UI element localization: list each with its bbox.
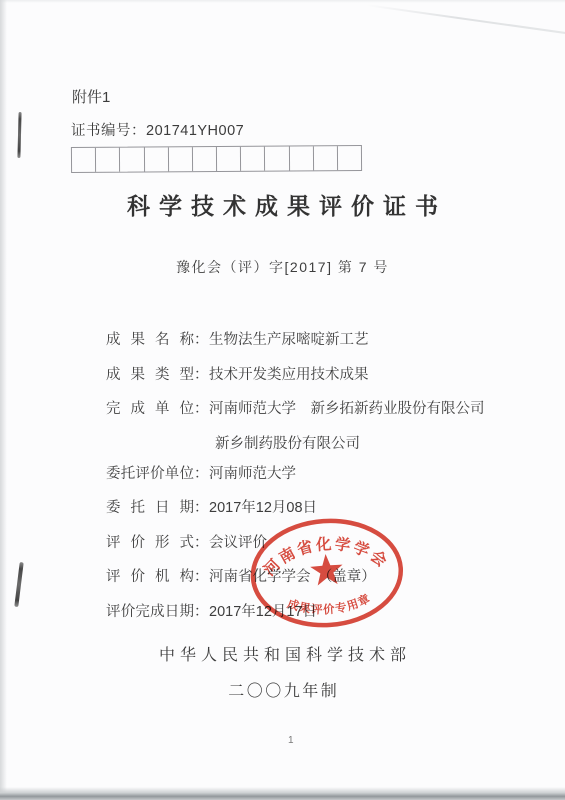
- field-colon: ：: [194, 463, 209, 485]
- code-box-cell: [241, 147, 265, 171]
- field-colon: ：: [194, 497, 209, 519]
- field-row-result-name: 成果名称：生物法生产尿嘧啶新工艺: [106, 329, 526, 351]
- field-label: 委托评价单位: [106, 463, 194, 485]
- code-box-cell: [144, 147, 168, 171]
- field-value: 河南师范大学 新乡拓新药业股份有限公司: [209, 401, 485, 417]
- code-box-cell: [120, 148, 144, 172]
- field-colon: ：: [194, 566, 209, 588]
- code-box-cell: [289, 146, 313, 170]
- seal-star: [309, 553, 343, 586]
- field-value: 技术开发类应用技术成果: [209, 367, 369, 383]
- crease-line: [366, 4, 565, 38]
- staple-mark-bottom: [14, 562, 23, 607]
- issuer-line: 中华人民共和国科学技术部: [0, 642, 565, 665]
- code-box-cell: [314, 146, 338, 170]
- edition-line: 二〇〇九年制: [0, 678, 565, 701]
- field-row-completing-units: 完成单位：河南师范大学 新乡拓新药业股份有限公司: [106, 398, 526, 420]
- code-box-cell: [169, 147, 193, 171]
- field-colon: ：: [194, 329, 209, 351]
- field-colon: ：: [194, 364, 209, 386]
- field-label: 成果名称: [106, 329, 194, 351]
- field-value: 2017年12月08日: [209, 500, 317, 516]
- field-label: 评价完成日期: [106, 601, 194, 623]
- field-colon: ：: [194, 601, 209, 623]
- field-colon: ：: [194, 532, 209, 554]
- document-number: 豫化会（评）字[2017] 第 7 号: [0, 257, 565, 277]
- field-label: 评价机构: [106, 566, 194, 588]
- staple-mark-top: [17, 112, 21, 158]
- field-label: 评价形式: [106, 532, 194, 554]
- certificate-number-line: 证书编号：201741YH007: [71, 119, 244, 140]
- svg-text:成果评价专用章: 成果评价专用章: [285, 591, 374, 620]
- official-seal: 河南省化学学会 成果评价专用章: [241, 508, 413, 641]
- code-box-cell: [338, 146, 361, 170]
- field-row-completing-units-line2: 新乡制药股份有限公司: [106, 433, 526, 455]
- field-label: 成果类型: [106, 364, 194, 386]
- paper-edge-top: [0, 0, 565, 3]
- scanned-certificate-page: 附件1 证书编号：201741YH007 科学技术成果评价证书 豫化会（评）字[…: [0, 0, 565, 800]
- page-number: 1: [288, 735, 294, 746]
- field-label: 委托日期: [106, 497, 194, 519]
- certificate-number-colon: ：: [131, 123, 146, 139]
- code-box-cell: [96, 148, 120, 172]
- code-box-cell: [217, 147, 241, 171]
- certificate-number-label: 证书编号: [71, 123, 131, 139]
- attachment-label: 附件1: [72, 86, 110, 107]
- code-box-cell: [72, 148, 96, 172]
- field-value: 河南师范大学: [209, 466, 296, 482]
- field-row-result-type: 成果类型：技术开发类应用技术成果: [106, 364, 526, 386]
- field-colon: ：: [194, 398, 209, 420]
- field-value: 生物法生产尿嘧啶新工艺: [209, 332, 369, 348]
- field-row-commissioning-unit: 委托评价单位：河南师范大学: [106, 463, 526, 485]
- certificate-number-value: 201741YH007: [146, 123, 244, 139]
- certificate-code-boxes: [71, 145, 362, 173]
- field-value-line2: 新乡制药股份有限公司: [215, 436, 360, 452]
- field-label: 完成单位: [106, 398, 194, 420]
- code-box-cell: [265, 146, 289, 170]
- paper-edge-bottom: [0, 787, 565, 800]
- seal-bottom-text: 成果评价专用章: [285, 591, 374, 620]
- page-title: 科学技术成果评价证书: [0, 188, 565, 221]
- code-box-cell: [193, 147, 217, 171]
